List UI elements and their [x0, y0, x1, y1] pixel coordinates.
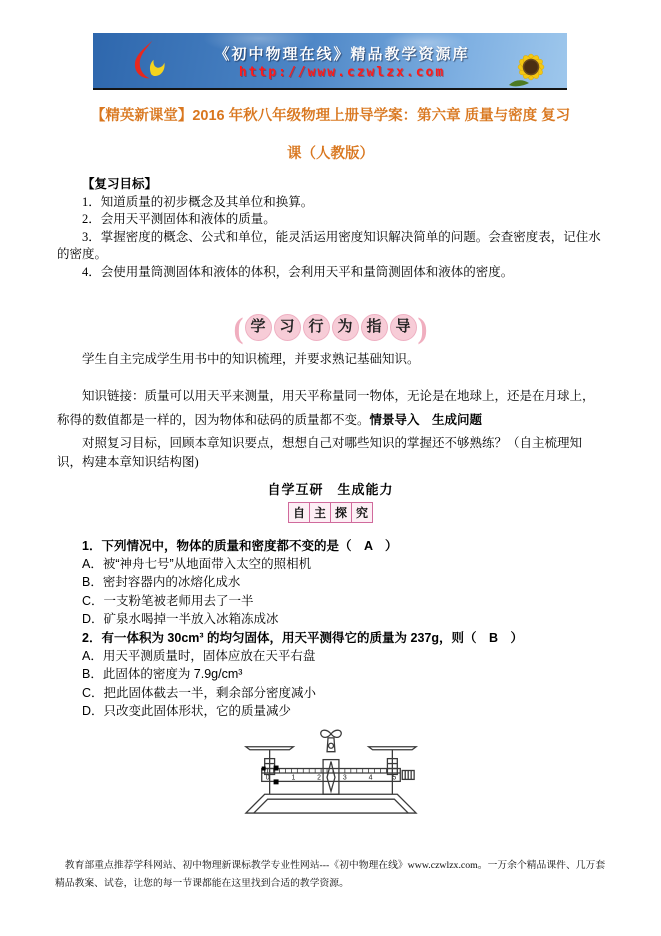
paragraph-review-prompt: 对照复习目标，回顾本章知识要点，想想自己对哪些知识的掌握还不够熟练？（自主梳理知… — [57, 434, 606, 472]
question-1-option-a: A．被“神舟七号”从地面带入太空的照相机 — [57, 555, 606, 573]
scale-number: 5 — [392, 774, 396, 781]
badge-char: 行 — [303, 314, 330, 341]
question-2-option-b: B．此固体的密度为 7.9g/cm³ — [57, 665, 606, 683]
title-part1: 【精英新课堂】2016 年秋八年级物理上册导学案：第六章 — [91, 108, 465, 124]
goal-item: 4．会使用量筒测固体和液体的体积，会利用天平和量筒测固体和液体的密度。 — [57, 264, 606, 282]
banner-text-block: 《初中物理在线》精品教学资源库 http://www.czwlzx.com — [179, 40, 505, 82]
scale-number: 4 — [368, 774, 372, 781]
section-header-self-research: 自学互研 生成能力 — [0, 479, 661, 498]
badge-char: 导 — [390, 314, 417, 341]
title-part2: 质量与密度 — [465, 108, 538, 124]
badge-right-bracket: ) — [418, 312, 428, 345]
question-1-stem: 1．下列情况中，物体的质量和密度都不变的是（ A ） — [57, 537, 606, 555]
document-title: 【精英新课堂】2016 年秋八年级物理上册导学案：第六章 质量与密度 复习 课（… — [40, 97, 621, 173]
question-2-option-c: C．把此固体截去一半，剩余部分密度减小 — [57, 684, 606, 702]
para1-text: 学生自主完成学生用书中的知识梳理，并要求熟记基础知识。 — [57, 351, 606, 369]
review-goals-section: 【复习目标】 1．知道质量的初步概念及其单位和换算。 2．会用天平测固体和液体的… — [57, 176, 606, 281]
balance-scale-figure: 0 1 2 3 4 5 — [0, 722, 661, 823]
explore-label-box: 自主探究 — [288, 502, 373, 523]
explore-char: 究 — [352, 503, 372, 522]
question-2-stem: 2．有一体积为 30cm³ 的均匀固体，用天平测得它的质量为 237g，则（ B… — [57, 629, 606, 647]
badge-char: 学 — [245, 314, 272, 341]
explore-char: 主 — [310, 503, 331, 522]
goals-heading: 【复习目标】 — [57, 176, 606, 194]
site-banner: 《初中物理在线》精品教学资源库 http://www.czwlzx.com — [93, 33, 567, 90]
question-2: 2．有一体积为 30cm³ 的均匀固体，用天平测得它的质量为 237g，则（ B… — [57, 629, 606, 720]
para3-text: 对照复习目标，回顾本章知识要点，想想自己对哪些知识的掌握还不够熟练？（自主梳理知… — [57, 434, 606, 472]
goal-item: 3．掌握密度的概念、公式和单位，能灵活运用密度知识解决简单的问题。会查密度表，记… — [57, 229, 606, 264]
flame-logo-icon — [121, 37, 179, 85]
question-1: 1．下列情况中，物体的质量和密度都不变的是（ A ） A．被“神舟七号”从地面带… — [57, 537, 606, 628]
badge-char: 为 — [332, 314, 359, 341]
question-2-option-d: D．只改变此固体形状，它的质量减少 — [57, 702, 606, 720]
question-1-option-b: B．密封容器内的冰熔化成水 — [57, 573, 606, 591]
para2-main-text: 知识链接：质量可以用天平来测量，用天平称量同一物体，无论是在地球上，还是在月球上… — [57, 389, 595, 427]
scale-number: 3 — [342, 774, 346, 781]
explore-char: 探 — [331, 503, 352, 522]
badge-char: 指 — [361, 314, 388, 341]
paragraph-knowledge-link: 知识链接：质量可以用天平来测量，用天平称量同一物体，无论是在地球上，还是在月球上… — [57, 384, 606, 432]
question-1-option-d: D．矿泉水喝掉一半放入冰箱冻成冰 — [57, 610, 606, 628]
scale-number: 0 — [265, 774, 269, 781]
badge-char: 习 — [274, 314, 301, 341]
sunflower-icon — [505, 33, 567, 88]
banner-site-title: 《初中物理在线》精品教学资源库 — [179, 46, 505, 63]
section-header-text: 自学互研 生成能力 — [267, 482, 393, 497]
balance-scale-image: 0 1 2 3 4 5 — [232, 722, 430, 818]
badge-left-bracket: ( — [234, 312, 244, 345]
question-2-option-a: A．用天平测质量时，固体应放在天平右盘 — [57, 647, 606, 665]
explore-label-wrap: 自主探究 — [0, 502, 661, 523]
goal-item: 1．知道质量的初步概念及其单位和换算。 — [57, 194, 606, 212]
goal-item: 2．会用天平测固体和液体的质量。 — [57, 211, 606, 229]
para2-section-tail: 情景导入 生成问题 — [370, 413, 483, 427]
banner-site-url[interactable]: http://www.czwlzx.com — [239, 66, 445, 81]
footer-promo-text: 教育部重点推荐学科网站、初中物理新课标教学专业性网站---《初中物理在线》www… — [55, 857, 613, 893]
scale-number: 2 — [317, 774, 321, 781]
explore-char: 自 — [289, 503, 310, 522]
question-1-option-c: C．一支粉笔被老师用去了一半 — [57, 592, 606, 610]
study-guide-badge: (学习行为指导) — [0, 310, 661, 344]
scale-number: 1 — [291, 774, 295, 781]
title-part3: 复习 — [537, 108, 570, 124]
worksheet-page: 《初中物理在线》精品教学资源库 http://www.czwlzx.com 【精… — [0, 0, 661, 936]
paragraph-self-study: 学生自主完成学生用书中的知识梳理，并要求熟记基础知识。 — [57, 351, 606, 369]
title-line2: 课（人教版） — [287, 146, 374, 162]
balance-rider — [273, 766, 278, 771]
